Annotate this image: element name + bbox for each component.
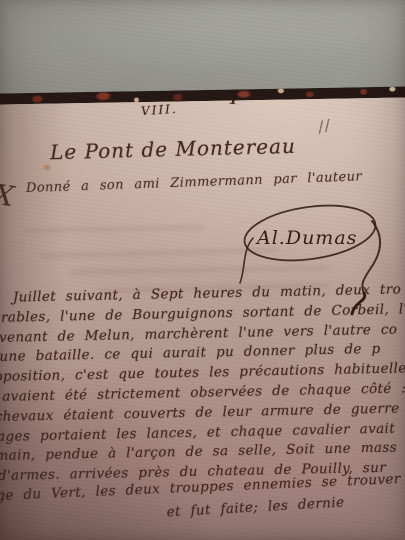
bleedthrough-line <box>40 248 280 258</box>
pencil-slash-mark: // <box>316 116 333 137</box>
signature-text: Al.Dumas <box>255 227 357 249</box>
manuscript-title: Le Pont de Montereau <box>50 134 296 164</box>
dedication-line: Donné a son ami Zimmermann par l'auteur <box>26 169 362 196</box>
manuscript-page: VIII. 1 // Le Pont de Montereau X Donné … <box>0 95 405 540</box>
bleedthrough-line <box>70 266 330 275</box>
bleedthrough-line <box>25 225 205 232</box>
chapter-numeral: VIII. <box>141 102 179 119</box>
wall-background <box>0 0 405 100</box>
manuscript-body-text: 1 Juillet suivant, à Sept heures du mati… <box>0 280 405 527</box>
manuscript-photo: VIII. 1 // Le Pont de Montereau X Donné … <box>0 0 405 540</box>
margin-x-mark: X <box>0 178 16 213</box>
rust-stain <box>44 165 50 170</box>
